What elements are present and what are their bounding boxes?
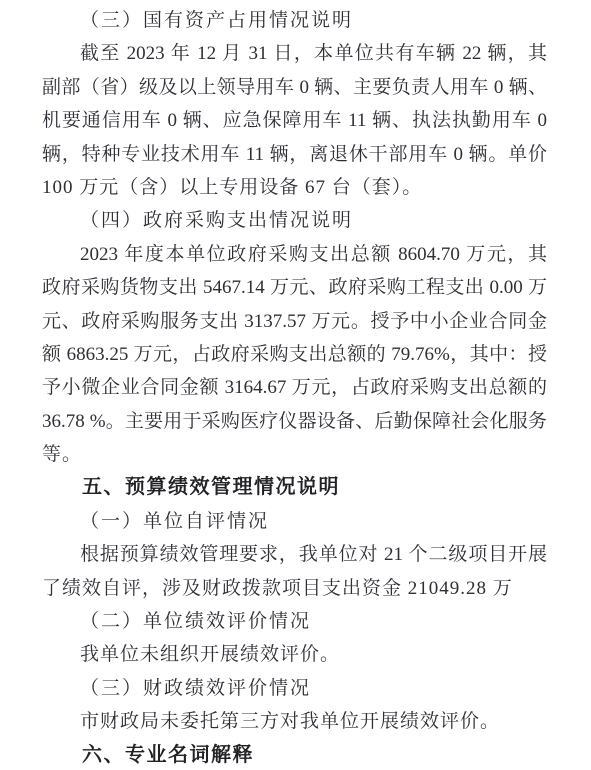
paragraph-line: 36.78 %。主要用于采购医疗仪器设备、后勤保障社会化服务 [42,405,547,438]
paragraph-line: 100 万元（含）以上专用设备 67 台（套）。 [42,171,547,204]
paragraph-line: 机要通信用车 0 辆、应急保障用车 11 辆、执法执勤用车 0 [42,104,547,137]
paragraph-line: 等。 [42,438,547,471]
paragraph-line: 市财政局未委托第三方对我单位开展绩效评价。 [42,705,547,738]
paragraph-line: 我单位未组织开展绩效评价。 [42,638,547,671]
paragraph-line: 予小微企业合同金额 3164.67 万元，占政府采购支出总额的 [42,371,547,404]
paragraph-line: 2023 年度本单位政府采购支出总额 8604.70 万元，其中： [42,238,547,271]
paragraph-line: 元、政府采购服务支出 3137.57 万元。授予中小企业合同金 [42,305,547,338]
section-heading-unit-evaluation: （二）单位绩效评价情况 [42,605,547,638]
paragraph-line: 根据预算绩效管理要求，我单位对 21 个二级项目开展 [42,538,547,571]
chapter-heading-performance: 五、预算绩效管理情况说明 [42,471,547,504]
document-text-block: （三）国有资产占用情况说明 截至 2023 年 12 月 31 日，本单位共有车… [42,4,547,770]
paragraph-line: 政府采购货物支出 5467.14 万元、政府采购工程支出 0.00 万 [42,271,547,304]
paragraph-line: 了绩效自评，涉及财政拨款项目支出资金 21049.28 万元。 [42,572,547,605]
chapter-heading-terminology: 六、专业名词解释 [42,739,547,770]
section-heading-fiscal-evaluation: （三）财政绩效评价情况 [42,672,547,705]
paragraph-line: 额 6863.25 万元，占政府采购支出总额的 79.76%，其中：授 [42,338,547,371]
paragraph-line: 副部（省）级及以上领导用车 0 辆、主要负责人用车 0 辆、 [42,71,547,104]
section-heading-procurement: （四）政府采购支出情况说明 [42,204,547,237]
document-page: （三）国有资产占用情况说明 截至 2023 年 12 月 31 日，本单位共有车… [0,0,591,770]
paragraph-line: 辆，特种专业技术用车 11 辆，离退休干部用车 0 辆。单价 [42,138,547,171]
section-heading-state-assets: （三）国有资产占用情况说明 [42,4,547,37]
section-heading-self-evaluation: （一）单位自评情况 [42,505,547,538]
paragraph-line: 截至 2023 年 12 月 31 日，本单位共有车辆 22 辆，其中， [42,37,547,70]
